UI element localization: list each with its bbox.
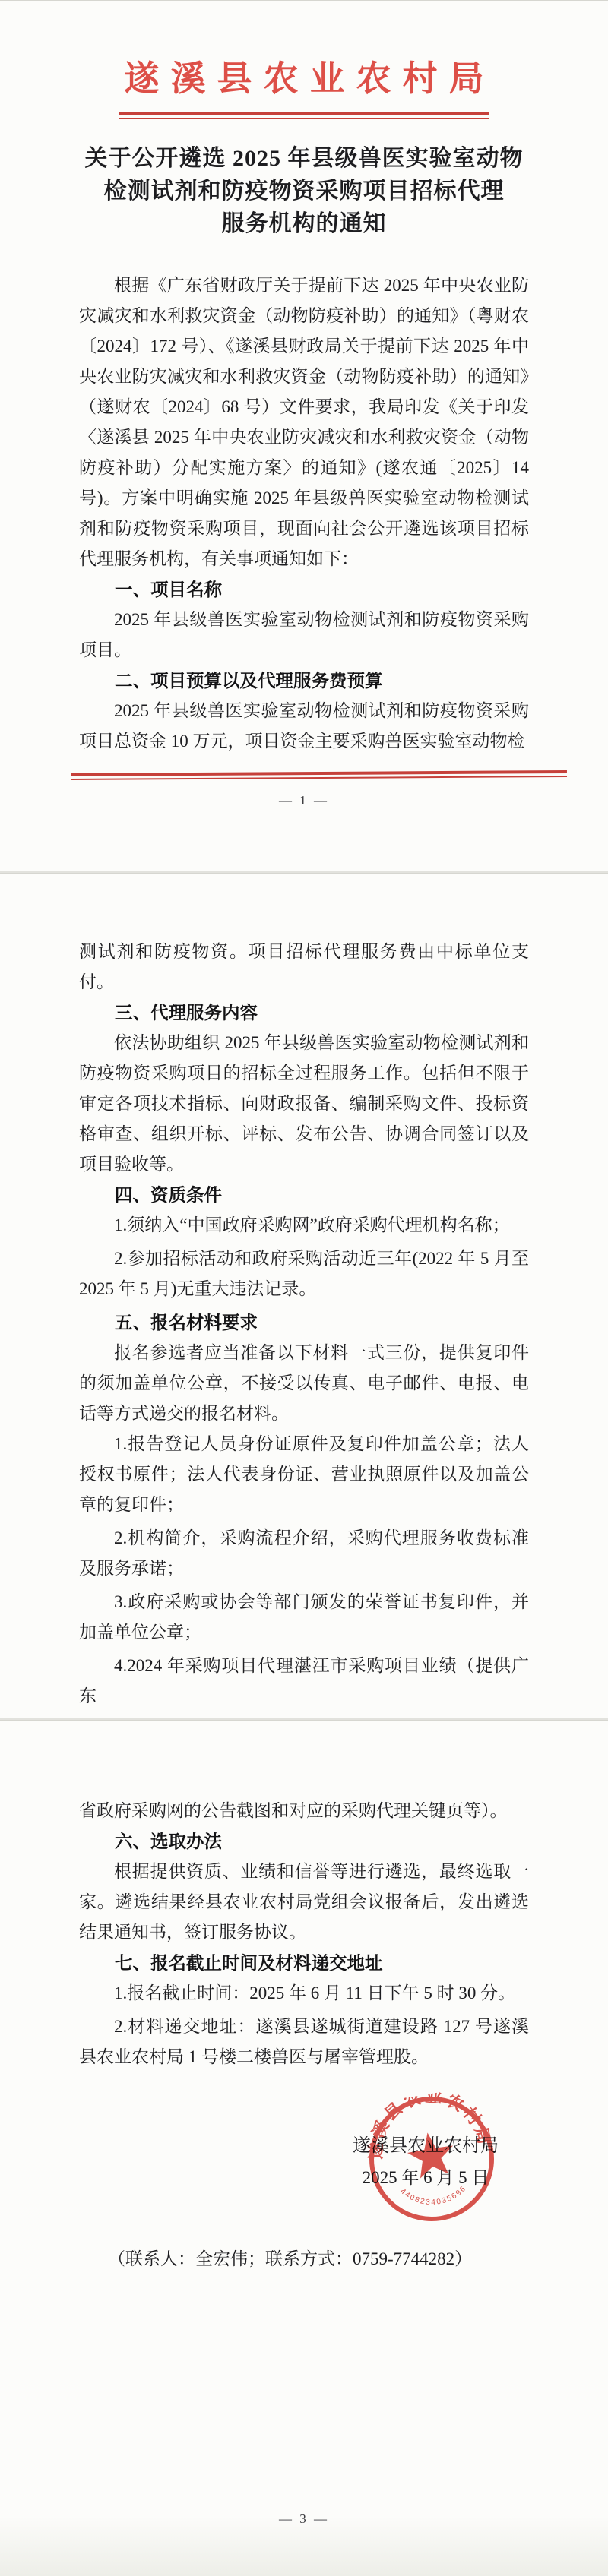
section-heading-1: 一、项目名称 [79,574,529,605]
section-2-paragraph: 2025 年县级兽医实验室动物检测试剂和防疫物资采购项目总资金 10 万元，项目… [79,696,529,757]
contact-line: （联系人：全宏伟；联系方式：0759-7744282） [108,2246,472,2272]
section-heading-4: 四、资质条件 [79,1180,529,1210]
page-3: 省政府采购网的公告截图和对应的采购代理关键页等）。 六、选取办法 根据提供资质、… [0,1718,608,2576]
seal-star [404,2129,457,2180]
materials-item-4-continued: 省政府采购网的公告截图和对应的采购代理关键页等）。 [79,1796,529,1826]
section-heading-5: 五、报名材料要求 [79,1307,529,1338]
notice-title: 关于公开遴选 2025 年县级兽医实验室动物 检测试剂和防疫物资采购项目招标代理… [79,142,529,240]
section-heading-2: 二、项目预算以及代理服务费预算 [79,665,529,696]
page-3-content: 省政府采购网的公告截图和对应的采购代理关键页等）。 六、选取办法 根据提供资质、… [0,1720,608,2072]
materials-intro-paragraph: 报名参选者应当准备以下材料一式三份，提供复印件的须加盖单位公章，不接受以传真、电… [79,1338,529,1429]
qualification-item-1: 1.须纳入“中国政府采购网”政府采购代理机构名称； [79,1210,529,1241]
page-1-content: 遂溪县农业农村局 关于公开遴选 2025 年县级兽医实验室动物 检测试剂和防疫物… [0,0,608,757]
official-seal: 遂溪县农业农村局 4408234035696 [358,2085,506,2233]
agency-letterhead: 遂溪县农业农村局 [79,0,529,100]
deadline-item-2: 2.材料递交地址：遂溪县遂城街道建设路 127 号遂溪县农业农村局 1 号楼二楼… [79,2012,529,2072]
section-6-paragraph: 根据提供资质、业绩和信誉等进行遴选，最终选取一家。遴选结果经县农业农村局党组会议… [79,1857,529,1948]
qualification-item-2: 2.参加招标活动和政府采购活动近三年(2022 年 5 月至 2025 年 5 … [79,1244,529,1304]
page-3-number: — 3 — [0,2511,608,2527]
section-heading-7: 七、报名截止时间及材料递交地址 [79,1948,529,1978]
section-3-paragraph: 依法协助组织 2025 年县级兽医实验室动物检测试剂和防疫物资采购项目的招标全过… [79,1028,529,1180]
page-1-red-footer-line [71,770,567,780]
section-heading-6: 六、选取办法 [79,1826,529,1857]
page-1-number: — 1 — [0,793,608,808]
materials-item-1: 1.报告登记人员身份证原件及复印件加盖公章；法人授权书原件；法人代表身份证、营业… [79,1429,529,1520]
section-1-paragraph: 2025 年县级兽医实验室动物检测试剂和防疫物资采购项目。 [79,605,529,665]
letterhead-divider-line [119,112,489,119]
intro-paragraph: 根据《广东省财政厅关于提前下达 2025 年中央农业防灾减灾和水利救灾资金（动物… [79,270,529,574]
page-2-number: — 2 — [0,1658,608,1674]
section-heading-3: 三、代理服务内容 [79,997,529,1028]
seal-code: 4408234035696 [397,2177,470,2212]
section-2-paragraph-continued: 测试剂和防疫物资。项目招标代理服务费由中标单位支付。 [79,937,529,997]
notice-title-line-2: 检测试剂和防疫物资采购项目招标代理 [79,175,529,207]
materials-item-2: 2.机构简介，采购流程介绍，采购代理服务收费标准及服务承诺； [79,1523,529,1584]
svg-text:4408234035696: 4408234035696 [397,2177,470,2212]
notice-title-line-3: 服务机构的通知 [79,207,529,240]
deadline-item-1: 1.报名截止时间：2025 年 6 月 11 日下午 5 时 30 分。 [79,1978,529,2009]
page-2-content: 测试剂和防疫物资。项目招标代理服务费由中标单位支付。 三、代理服务内容 依法协助… [0,873,608,1712]
page-1: 遂溪县农业农村局 关于公开遴选 2025 年县级兽医实验室动物 检测试剂和防疫物… [0,0,608,871]
notice-title-line-1: 关于公开遴选 2025 年县级兽医实验室动物 [79,142,529,175]
materials-item-3: 3.政府采购或协会等部门颁发的荣誉证书复印件，并加盖单位公章； [79,1587,529,1648]
scanned-notice-document: 遂溪县农业农村局 关于公开遴选 2025 年县级兽医实验室动物 检测试剂和防疫物… [0,0,608,2576]
page-2: 测试剂和防疫物资。项目招标代理服务费由中标单位支付。 三、代理服务内容 依法协助… [0,871,608,1718]
